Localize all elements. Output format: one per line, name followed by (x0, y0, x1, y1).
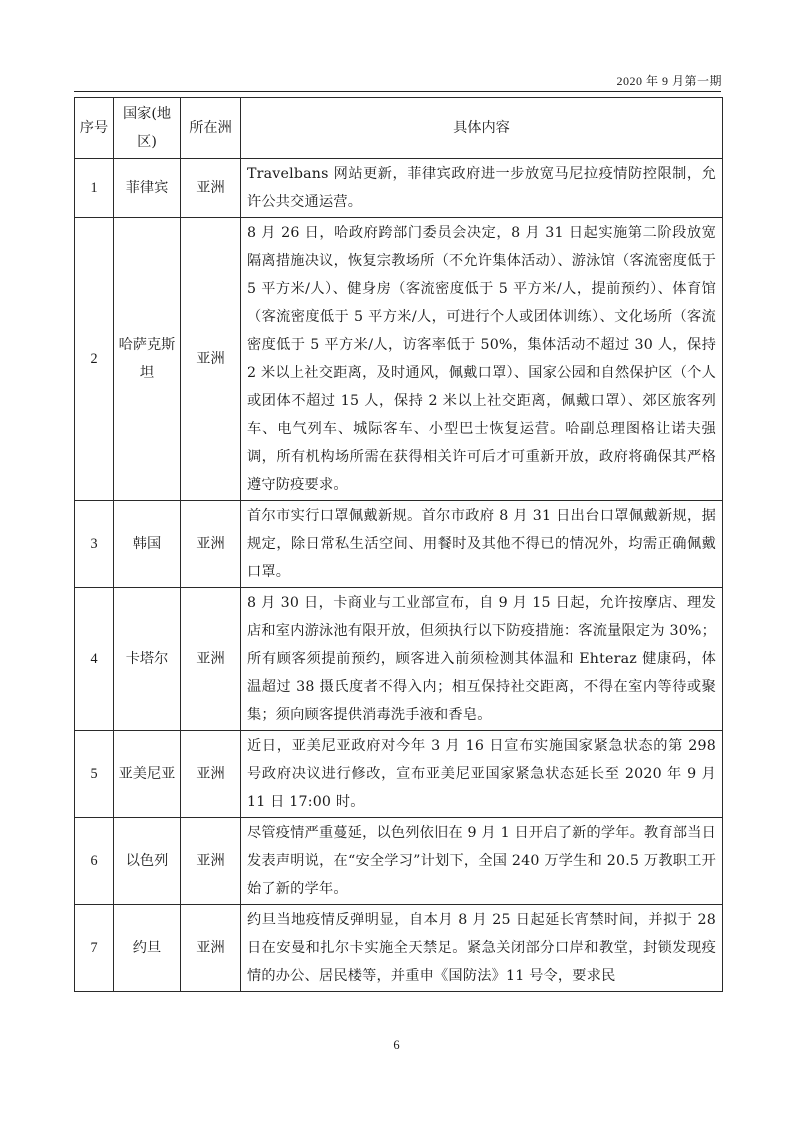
row-continent: 亚洲 (181, 731, 241, 818)
column-header-content: 具体内容 (241, 98, 723, 159)
row-country: 约旦 (114, 905, 181, 992)
table-row: 2 哈萨克斯坦 亚洲 8 月 26 日，哈政府跨部门委员会决定，8 月 31 日… (75, 218, 723, 501)
row-number: 6 (75, 818, 114, 905)
row-content: 约旦当地疫情反弹明显，自本月 8 月 25 日起延长宵禁时间，并拟于 28 日在… (241, 905, 723, 992)
row-number: 3 (75, 501, 114, 588)
row-continent: 亚洲 (181, 218, 241, 501)
row-continent: 亚洲 (181, 818, 241, 905)
column-header-continent: 所在洲 (181, 98, 241, 159)
table-row: 7 约旦 亚洲 约旦当地疫情反弹明显，自本月 8 月 25 日起延长宵禁时间，并… (75, 905, 723, 992)
row-content: 8 月 26 日，哈政府跨部门委员会决定，8 月 31 日起实施第二阶段放宽隔离… (241, 218, 723, 501)
row-content: Travelbans 网站更新，菲律宾政府进一步放宽马尼拉疫情防控限制，允许公共… (241, 159, 723, 218)
row-content: 近日，亚美尼亚政府对今年 3 月 16 日宣布实施国家紧急状态的第 298 号政… (241, 731, 723, 818)
table-header-row: 序号 国家(地区) 所在洲 具体内容 (75, 98, 723, 159)
row-number: 4 (75, 588, 114, 731)
table-row: 6 以色列 亚洲 尽管疫情严重蔓延，以色列依旧在 9 月 1 日开启了新的学年。… (75, 818, 723, 905)
header-rule (74, 91, 721, 92)
table-row: 3 韩国 亚洲 首尔市实行口罩佩戴新规。首尔市政府 8 月 31 日出台口罩佩戴… (75, 501, 723, 588)
row-number: 1 (75, 159, 114, 218)
table-row: 1 菲律宾 亚洲 Travelbans 网站更新，菲律宾政府进一步放宽马尼拉疫情… (75, 159, 723, 218)
issue-header: 2020 年 9 月第一期 (616, 72, 722, 89)
column-header-no: 序号 (75, 98, 114, 159)
row-number: 5 (75, 731, 114, 818)
row-continent: 亚洲 (181, 588, 241, 731)
column-header-country: 国家(地区) (114, 98, 181, 159)
table-row: 4 卡塔尔 亚洲 8 月 30 日，卡商业与工业部宣布，自 9 月 15 日起，… (75, 588, 723, 731)
row-continent: 亚洲 (181, 501, 241, 588)
row-country: 菲律宾 (114, 159, 181, 218)
row-country: 韩国 (114, 501, 181, 588)
country-measures-table: 序号 国家(地区) 所在洲 具体内容 1 菲律宾 亚洲 Travelbans 网… (74, 97, 723, 992)
row-country: 亚美尼亚 (114, 731, 181, 818)
row-continent: 亚洲 (181, 159, 241, 218)
table-row: 5 亚美尼亚 亚洲 近日，亚美尼亚政府对今年 3 月 16 日宣布实施国家紧急状… (75, 731, 723, 818)
page-number: 6 (0, 1038, 793, 1053)
row-content: 8 月 30 日，卡商业与工业部宣布，自 9 月 15 日起，允许按摩店、理发店… (241, 588, 723, 731)
row-country: 哈萨克斯坦 (114, 218, 181, 501)
row-content: 首尔市实行口罩佩戴新规。首尔市政府 8 月 31 日出台口罩佩戴新规，据规定，除… (241, 501, 723, 588)
row-number: 7 (75, 905, 114, 992)
row-continent: 亚洲 (181, 905, 241, 992)
row-country: 卡塔尔 (114, 588, 181, 731)
row-country: 以色列 (114, 818, 181, 905)
row-number: 2 (75, 218, 114, 501)
row-content: 尽管疫情严重蔓延，以色列依旧在 9 月 1 日开启了新的学年。教育部当日发表声明… (241, 818, 723, 905)
